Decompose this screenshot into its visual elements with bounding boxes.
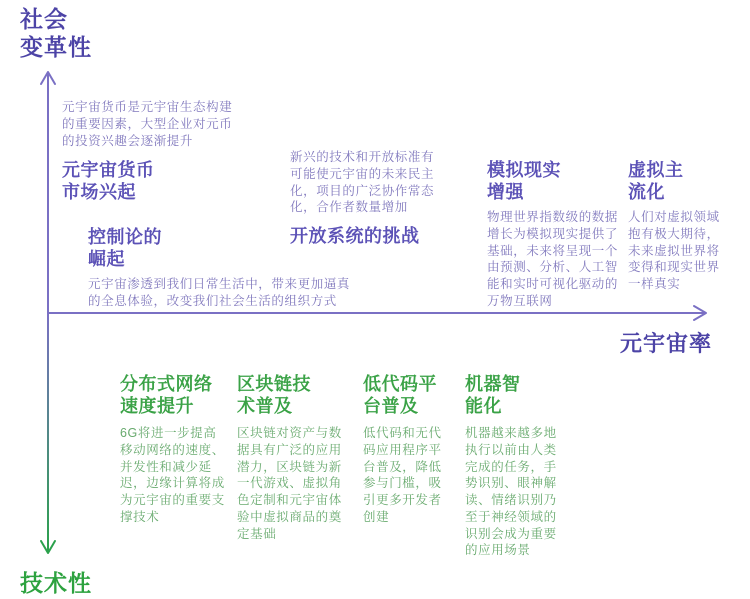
heading-virtual-mainstream: 虚拟主 流化 xyxy=(628,159,684,204)
note-metaverse-currency-body: 元宇宙货币是元宇宙生态构建的重要因素，大型企业对元币的投资兴趣会逐渐提升 xyxy=(62,99,238,149)
note-distributed-network-body: 6G将进一步提高移动网络的速度、并发性和减少延迟，边缘计算将成为元宇宙的重要支撑… xyxy=(120,425,226,526)
y-axis-bottom-label: 技术性 xyxy=(20,569,92,597)
heading-lowcode-platforms: 低代码平 台普及 xyxy=(363,373,437,418)
heading-metaverse-currency: 元宇宙货币 市场兴起 xyxy=(62,159,155,204)
note-virtual-mainstream-body: 人们对虚拟领域抱有极大期待，未来虚拟世界将变得和现实世界一样真实 xyxy=(628,209,726,293)
note-cybernetics-rise-body: 元宇宙渗透到我们日常生活中，带来更加逼真的全息体验，改变我们社会生活的组织方式 xyxy=(88,276,356,310)
heading-open-systems-challenge: 开放系统的挑战 xyxy=(290,225,420,247)
heading-distributed-network: 分布式网络 速度提升 xyxy=(120,373,213,418)
metaverse-axes-diagram: 社会 变革性 技术性 元宇宙率 元宇宙货币是元宇宙生态构建的重要因素，大型企业对… xyxy=(0,0,750,599)
note-simulated-reality-body: 物理世界指数级的数据增长为模拟现实提供了基础，未来将呈现一个由预测、分析、人工智… xyxy=(487,209,623,310)
note-open-systems-body: 新兴的技术和开放标准有可能使元宇宙的未来民主化，项目的广泛协作常态化，合作者数量… xyxy=(290,149,440,216)
heading-cybernetics-rise: 控制论的 崛起 xyxy=(88,226,162,271)
y-axis-top-label: 社会 变革性 xyxy=(20,5,92,61)
x-axis-label: 元宇宙率 xyxy=(620,327,712,358)
heading-blockchain-adoption: 区块链技 术普及 xyxy=(237,373,311,418)
note-blockchain-adoption-body: 区块链对资产与数据具有广泛的应用潜力，区块链为新一代游戏、虚拟角色定制和元宇宙体… xyxy=(237,425,347,542)
heading-simulated-reality: 模拟现实 增强 xyxy=(487,159,561,204)
note-machine-intelligence-body: 机器越来越多地执行以前由人类完成的任务，手势识别、眼神解读、情绪识别乃至于神经领… xyxy=(465,425,563,559)
heading-machine-intelligence: 机器智 能化 xyxy=(465,373,521,418)
note-lowcode-platforms-body: 低代码和无代码应用程序平台普及，降低参与门槛，吸引更多开发者创建 xyxy=(363,425,448,526)
